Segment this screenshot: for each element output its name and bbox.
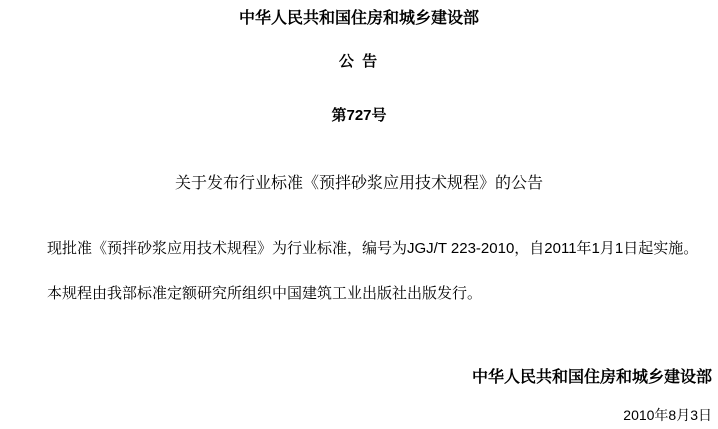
document-title: 中华人民共和国住房和城乡建设部	[0, 0, 718, 28]
body-text-block: 现批准《预拌砂浆应用技术规程》为行业标准，编号为JGJ/T 223-2010，自…	[0, 240, 718, 302]
body-paragraph-2: 本规程由我部标准定额研究所组织中国建筑工业出版社出版发行。	[47, 285, 688, 302]
document-number: 第727号	[0, 107, 718, 125]
signature-date: 2010年8月3日	[472, 407, 712, 424]
announcement-document: 中华人民共和国住房和城乡建设部 公 告 第727号 关于发布行业标准《预拌砂浆应…	[0, 0, 718, 429]
announcement-subject: 关于发布行业标准《预拌砂浆应用技术规程》的公告	[0, 174, 718, 193]
body-paragraph-1: 现批准《预拌砂浆应用技术规程》为行业标准，编号为JGJ/T 223-2010，自…	[47, 240, 688, 257]
announcement-label: 公 告	[0, 53, 718, 71]
signature-block: 中华人民共和国住房和城乡建设部 2010年8月3日	[472, 369, 712, 429]
signature-org: 中华人民共和国住房和城乡建设部	[472, 369, 712, 387]
